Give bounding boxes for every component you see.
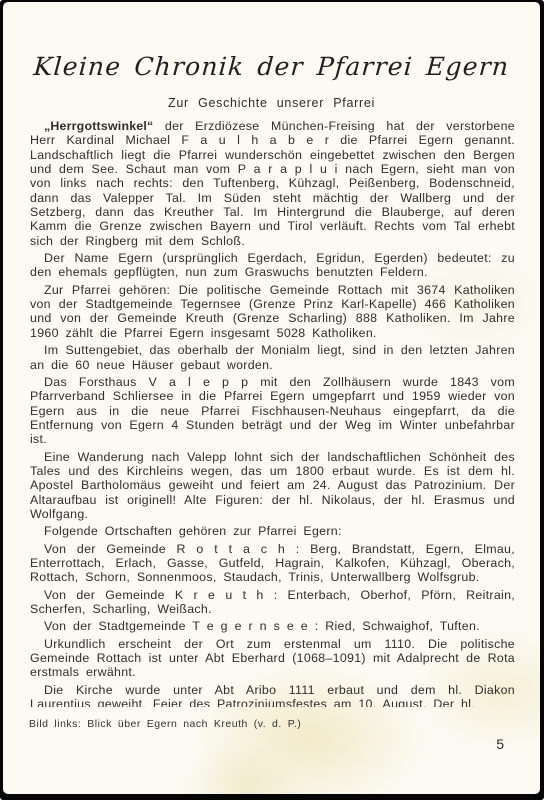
page-title: Kleine Chronik der Pfarrei Egern bbox=[12, 52, 531, 81]
paragraph-herrgottswinkel: „Herrgottswinkel“ der Erzdiözese München… bbox=[30, 119, 515, 248]
bold-lead-herrgottswinkel: „Herrgottswinkel“ bbox=[44, 119, 153, 133]
paragraph-zur-pfarrei-gehoeren: Zur Pfarrei gehören: Die politische Geme… bbox=[30, 283, 515, 340]
scan-frame: Kleine Chronik der Pfarrei Egern Zur Ges… bbox=[0, 0, 544, 800]
paragraph-ortschaften-intro: Folgende Ortschaften gehören zur Pfarrei… bbox=[30, 524, 515, 538]
paragraph-urkundlich: Urkundlich erscheint der Ort zum erstenm… bbox=[30, 637, 515, 680]
paragraph-name-egern: Der Name Egern (ursprünglich Egerdach, E… bbox=[30, 251, 515, 280]
page-number: 5 bbox=[496, 736, 504, 752]
paragraph-suttengebiet: Im Suttengebiet, das oberhalb der Monial… bbox=[30, 343, 515, 372]
paragraph-kirche-aribo: Die Kirche wurde unter Abt Aribo 1111 er… bbox=[30, 683, 515, 707]
paragraph-forsthaus-valepp: Das Forsthaus V a l e p p mit den Zollhä… bbox=[30, 375, 515, 447]
page-subtitle: Zur Geschichte unserer Pfarrei bbox=[3, 96, 540, 110]
paragraph-wanderung-valepp: Eine Wanderung nach Valepp lohnt sich de… bbox=[30, 450, 515, 522]
body-text: „Herrgottswinkel“ der Erzdiözese München… bbox=[30, 119, 515, 707]
paragraph-gemeinde-rottach: Von der Gemeinde R o t t a c h : Berg, B… bbox=[30, 542, 515, 585]
photo-caption: Bild links: Blick über Egern nach Kreuth… bbox=[29, 718, 301, 730]
paragraph-stadtgemeinde-tegernsee: Von der Stadtgemeinde T e g e r n s e e … bbox=[30, 619, 515, 633]
paragraph-gemeinde-kreuth: Von der Gemeinde K r e u t h : Enterbach… bbox=[30, 588, 515, 617]
paragraph-text: der Erzdiözese München-Freising hat der … bbox=[30, 119, 515, 248]
book-page: Kleine Chronik der Pfarrei Egern Zur Ges… bbox=[3, 2, 540, 794]
